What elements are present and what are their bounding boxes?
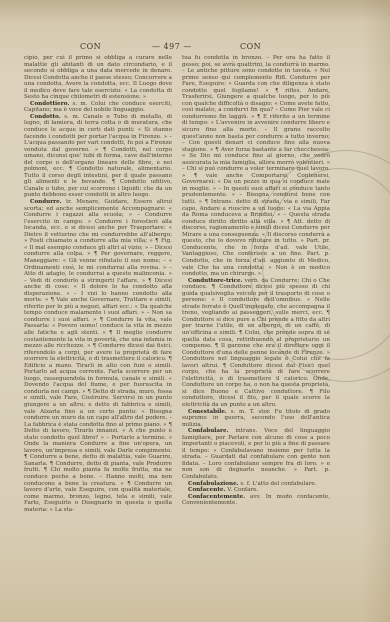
- entry-headword: Confabulazione.: [188, 481, 239, 487]
- entry-text: intrans. Voce del linguaggio famigliare,…: [182, 428, 330, 480]
- entry-text: tua fu condotta in bronzo. – Per ora ha …: [182, 55, 330, 277]
- dictionary-entry: Condurre. tr. Menare, Guidare, Essere al…: [24, 199, 172, 513]
- entry-text: tr. Menare, Guidare, Essere altrui scort…: [24, 199, 172, 513]
- entry-headword: Condotto.: [30, 114, 61, 120]
- entry-text: V. Confare.: [227, 487, 258, 493]
- entry-text: verb. da Condurre; Chi o Che conduce. ¶ …: [182, 278, 330, 408]
- dictionary-entry: Confacentemente. avv. In modo confacente…: [182, 494, 330, 507]
- entry-headword: Confabulare.: [188, 428, 228, 434]
- dictionary-entry: Condottiero. s. m. Colui che conduce ese…: [24, 101, 172, 114]
- entry-headword: Conestabile.: [188, 409, 227, 415]
- right-guide-word: CON: [240, 42, 261, 51]
- entry-headword: Confacentemente.: [188, 494, 245, 500]
- right-column: tua fu condotta in bronzo. – Per ora ha …: [182, 55, 330, 507]
- entry-text: s. f. L'atto del confabulare.: [240, 481, 316, 487]
- page-header: CON — 497 — CON: [0, 42, 390, 54]
- entry-headword: Conduttore-trice.: [188, 278, 243, 284]
- page-number: — 497 —: [152, 42, 192, 51]
- left-column: cipio, per cui il primo si obbliga a cur…: [24, 55, 172, 513]
- dictionary-entry: Conduttore-trice. verb. da Condurre; Chi…: [182, 278, 330, 409]
- dictionary-entry: cipio, per cui il primo si obbliga a cur…: [24, 55, 172, 101]
- entry-headword: Condurre.: [30, 199, 62, 205]
- entry-headword: Condottiero.: [30, 101, 69, 107]
- entry-text: s. m. Canale o Tubo di metallo, di legno…: [24, 114, 172, 199]
- dictionary-entry: Confabulare. intrans. Voce del linguaggi…: [182, 428, 330, 480]
- dictionary-entry: tua fu condotta in bronzo. – Per ora ha …: [182, 55, 330, 278]
- left-guide-word: CON: [80, 42, 101, 51]
- dictionary-entry: Conestabile. s. m. T. stor. Fu titolo di…: [182, 409, 330, 429]
- dictionary-entry: Condotto. s. m. Canale o Tubo di metallo…: [24, 114, 172, 199]
- page-top-shadow: [0, 0, 390, 22]
- entry-headword: Confacente.: [188, 487, 225, 493]
- entry-text: cipio, per cui il primo si obbliga a cur…: [24, 55, 172, 100]
